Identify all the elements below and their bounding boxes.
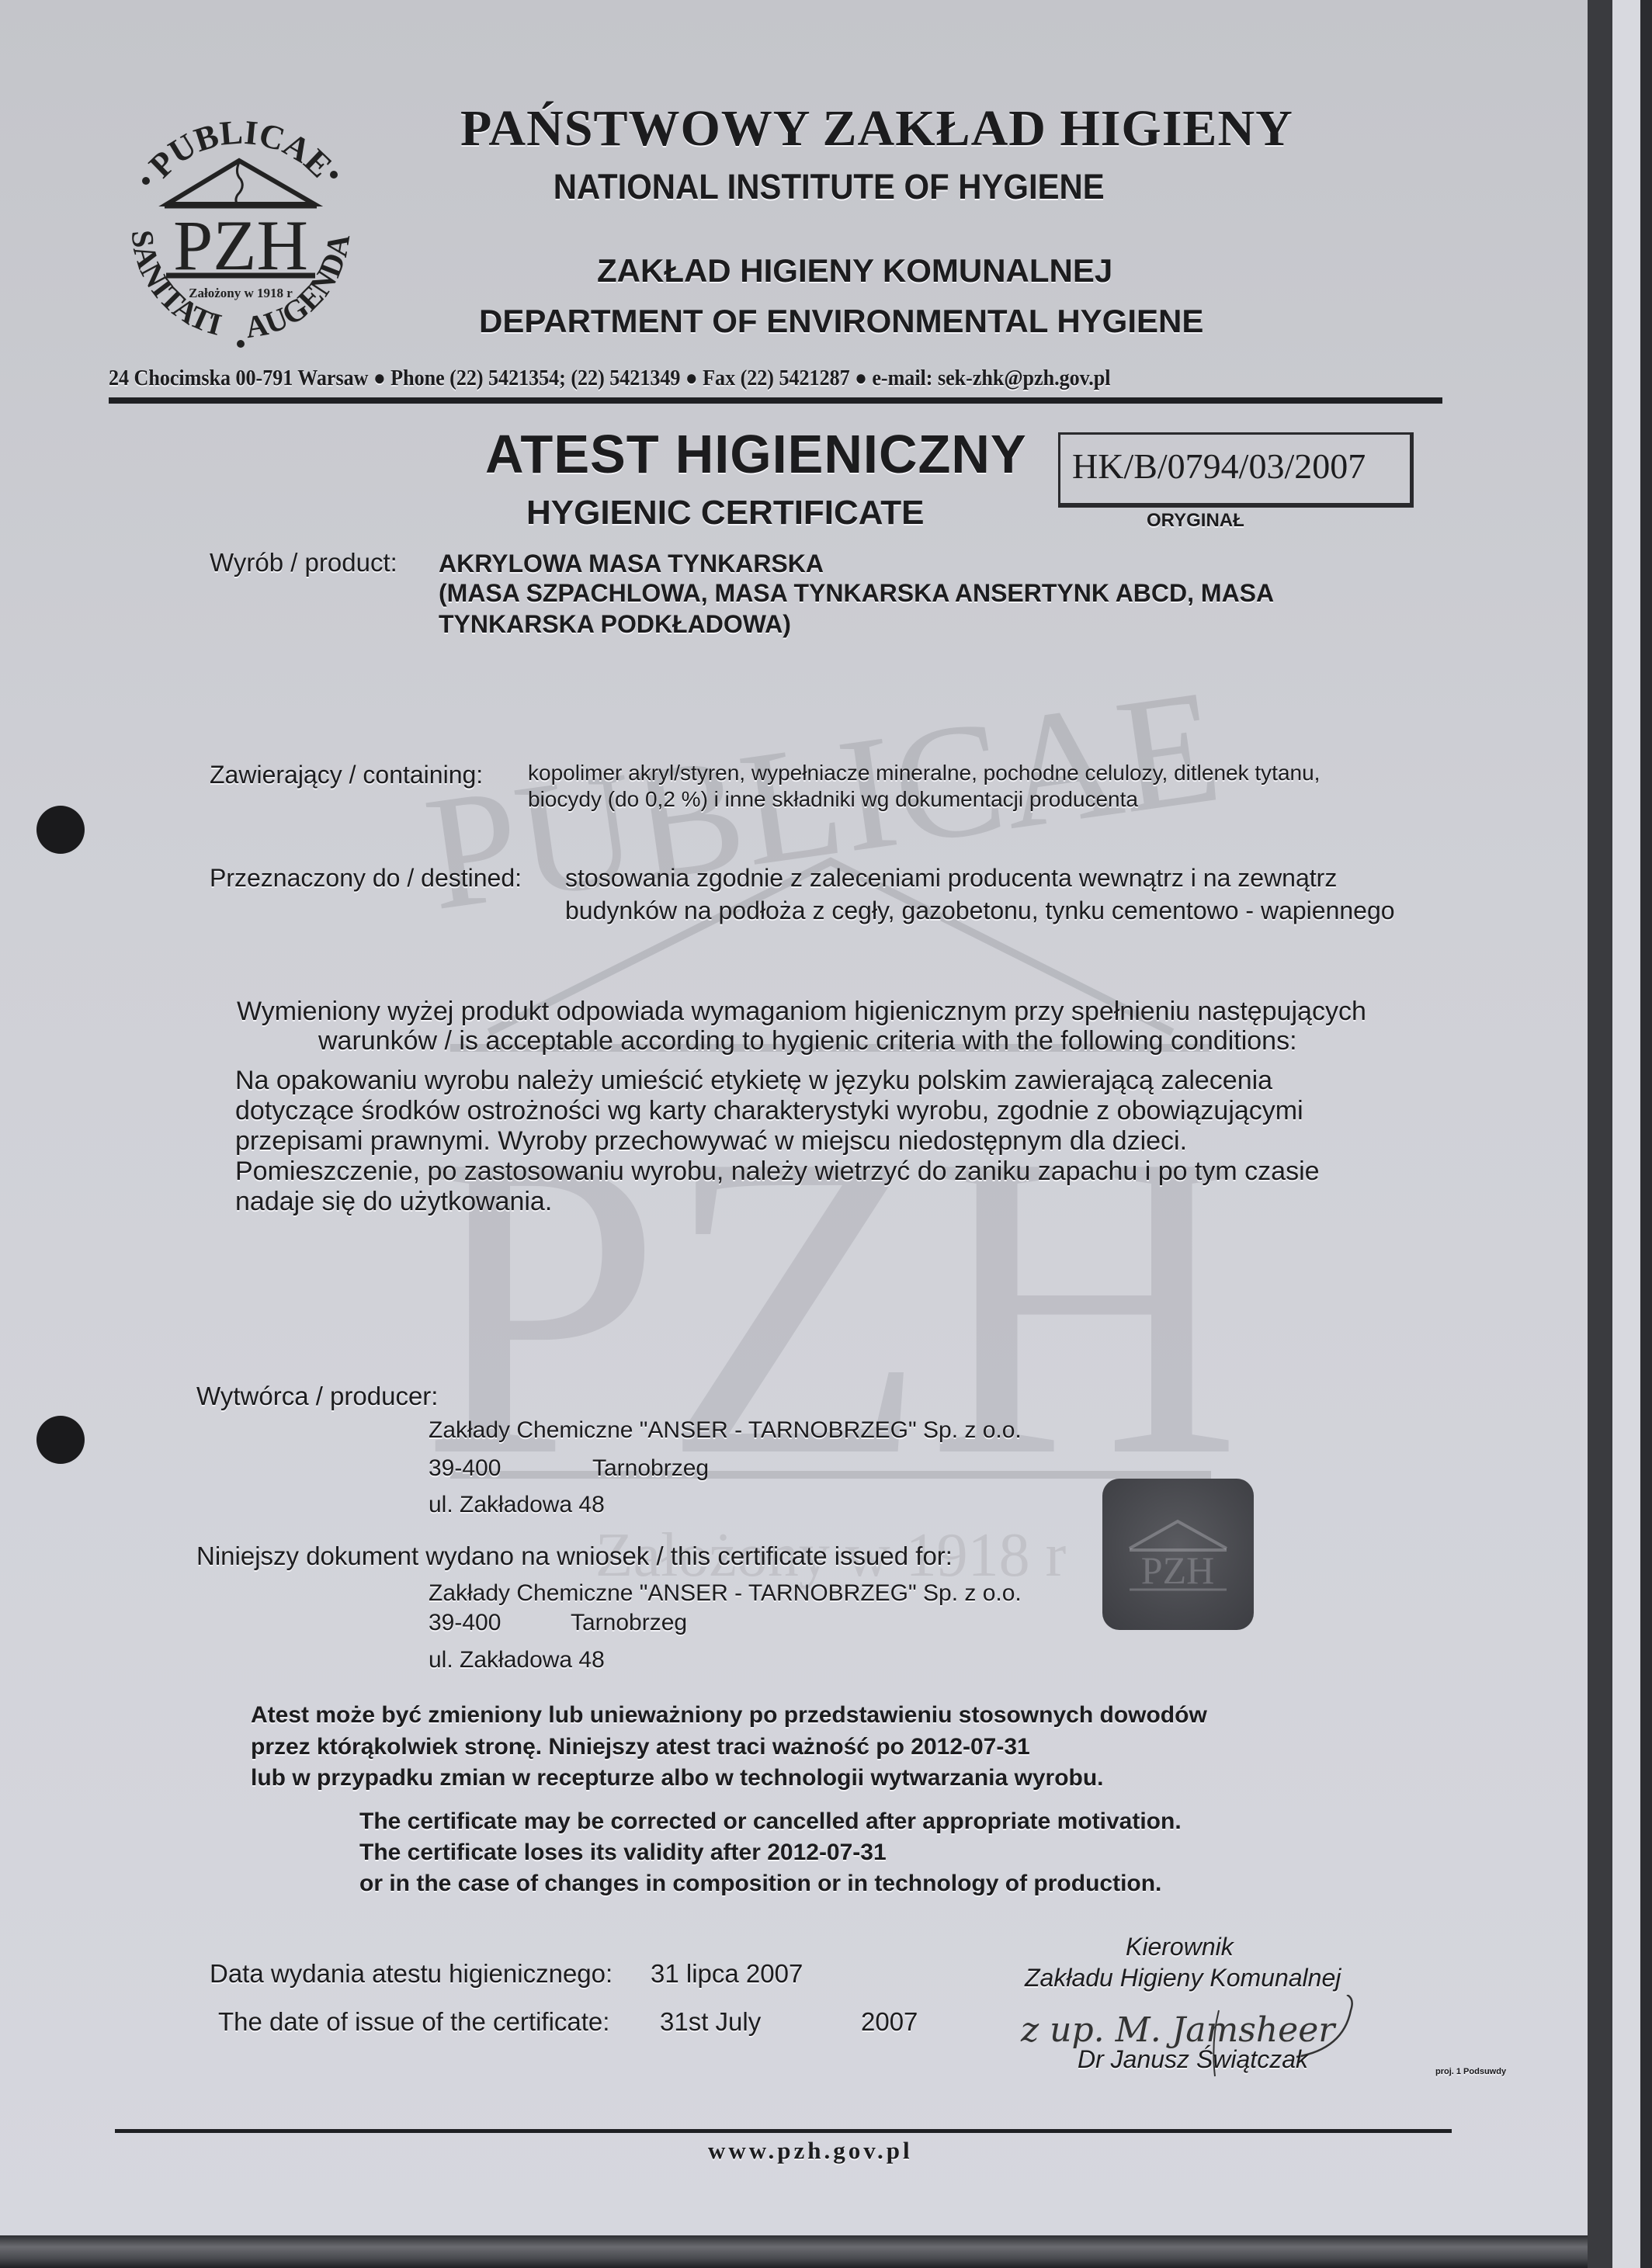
- issued-for-name: Zakłady Chemiczne "ANSER - TARNOBRZEG" S…: [429, 1580, 1022, 1607]
- issue-date-en-year: 2007: [861, 2007, 918, 2037]
- scan-edge-bottom: [0, 2235, 1588, 2268]
- producer-street: ul. Zakładowa 48: [429, 1492, 605, 1518]
- svg-text:Założony w 1918 r: Założony w 1918 r: [189, 286, 293, 300]
- issued-for-postal-code: 39-400: [429, 1610, 501, 1636]
- footer-divider: [115, 2129, 1452, 2133]
- conditions-line: dotyczące środków ostrożności wg karty c…: [235, 1096, 1303, 1126]
- department-name-pl: ZAKŁAD HIGIENY KOMUNALNEJ: [597, 252, 1112, 290]
- signatory-name: Dr Janusz Świątczak: [1078, 2045, 1308, 2074]
- footer-website: www.pzh.gov.pl: [708, 2137, 913, 2165]
- producer-city: Tarnobrzeg: [592, 1455, 709, 1482]
- conditions-intro: Wymieniony wyżej produkt odpowiada wymag…: [237, 997, 1366, 1027]
- conditions-line: Pomieszczenie, po zastosowaniu wyrobu, n…: [235, 1157, 1320, 1187]
- producer-label: Wytwórca / producer:: [196, 1382, 438, 1411]
- certificate-title-pl: ATEST HIGIENICZNY: [485, 423, 1027, 485]
- product-line: (MASA SZPACHLOWA, MASA TYNKARSKA ANSERTY…: [439, 579, 1274, 608]
- validity-pl-line: lub w przypadku zmian w recepturze albo …: [251, 1765, 1104, 1791]
- validity-en-line: The certificate loses its validity after…: [359, 1840, 887, 1866]
- punch-hole-icon: [36, 1416, 85, 1464]
- original-label: ORYGINAŁ: [1147, 510, 1244, 532]
- signatory-title: Kierownik: [1126, 1933, 1234, 1961]
- header-divider: [109, 397, 1442, 404]
- issued-for-label: Niniejszy dokument wydano na wniosek / t…: [196, 1541, 953, 1571]
- certificate-number-box: HK/B/0794/03/2007: [1058, 432, 1414, 508]
- footnote: proj. 1 Podsuwdy: [1435, 2067, 1506, 2076]
- producer-postal-code: 39-400: [429, 1455, 501, 1482]
- certificate-number: HK/B/0794/03/2007: [1072, 446, 1366, 487]
- punch-hole-icon: [36, 806, 85, 854]
- svg-text:PUBLICAE: PUBLICAE: [142, 113, 340, 185]
- scan-edge-right: [1588, 0, 1612, 2268]
- certificate-title-en: HYGIENIC CERTIFICATE: [526, 494, 925, 532]
- validity-pl-line: przez którąkolwiek stronę. Niniejszy ate…: [251, 1734, 1030, 1760]
- svg-text:z up. M. Jamsheer: z up. M. Jamsheer: [1020, 2010, 1337, 2050]
- institute-name-pl: PAŃSTWOWY ZAKŁAD HIGIENY: [460, 99, 1293, 158]
- conditions-intro: warunków / is acceptable according to hy…: [318, 1026, 1297, 1056]
- producer-name: Zakłady Chemiczne "ANSER - TARNOBRZEG" S…: [429, 1417, 1022, 1444]
- issue-date-pl: 31 lipca 2007: [651, 1959, 803, 1989]
- department-name-en: DEPARTMENT OF ENVIRONMENTAL HYGIENE: [479, 303, 1203, 340]
- destined-line: budynków na podłoża z cegły, gazobetonu,…: [565, 896, 1395, 925]
- contact-line: 24 Chocimska 00-791 Warsaw ● Phone (22) …: [109, 366, 1110, 391]
- containing-line: kopolimer akryl/styren, wypełniacze mine…: [528, 761, 1320, 785]
- validity-pl-line: Atest może być zmieniony lub unieważnion…: [251, 1702, 1207, 1729]
- issue-date-en-day-month: 31st July: [660, 2007, 761, 2037]
- containing-line: biocydy (do 0,2 %) i inne składniki wg d…: [528, 787, 1138, 812]
- issued-for-city: Tarnobrzeg: [571, 1610, 687, 1636]
- pzh-logo: PUBLICAE SANITATI AUGENDAE PZH Założony …: [109, 97, 373, 361]
- destined-label: Przeznaczony do / destined:: [210, 864, 522, 893]
- validity-en-line: The certificate may be corrected or canc…: [359, 1809, 1182, 1835]
- svg-text:PZH: PZH: [1141, 1548, 1214, 1592]
- issue-date-pl-label: Data wydania atestu higienicznego:: [210, 1959, 613, 1989]
- product-line: TYNKARSKA PODKŁADOWA): [439, 610, 791, 639]
- embossed-seal-stamp: PZH: [1102, 1479, 1254, 1630]
- product-label: Wyrób / product:: [210, 548, 397, 577]
- validity-en-line: or in the case of changes in composition…: [359, 1871, 1161, 1897]
- destined-line: stosowania zgodnie z zaleceniami produce…: [565, 864, 1337, 893]
- signatory-department: Zakładu Higieny Komunalnej: [1025, 1964, 1341, 1992]
- issued-for-street: ul. Zakładowa 48: [429, 1647, 605, 1673]
- issue-date-en-label: The date of issue of the certificate:: [218, 2007, 609, 2037]
- conditions-line: przepisami prawnymi. Wyroby przechowywać…: [235, 1126, 1187, 1157]
- product-line: AKRYLOWA MASA TYNKARSKA: [439, 550, 824, 578]
- scan-edge-outer: [1640, 0, 1652, 2268]
- scan-edge-gap: [1612, 0, 1640, 2268]
- containing-label: Zawierający / containing:: [210, 761, 483, 789]
- conditions-line: nadaje się do użytkowania.: [235, 1187, 552, 1217]
- institute-name-en: NATIONAL INSTITUTE OF HYGIENE: [554, 167, 1105, 207]
- conditions-line: Na opakowaniu wyrobu należy umieścić ety…: [235, 1066, 1272, 1096]
